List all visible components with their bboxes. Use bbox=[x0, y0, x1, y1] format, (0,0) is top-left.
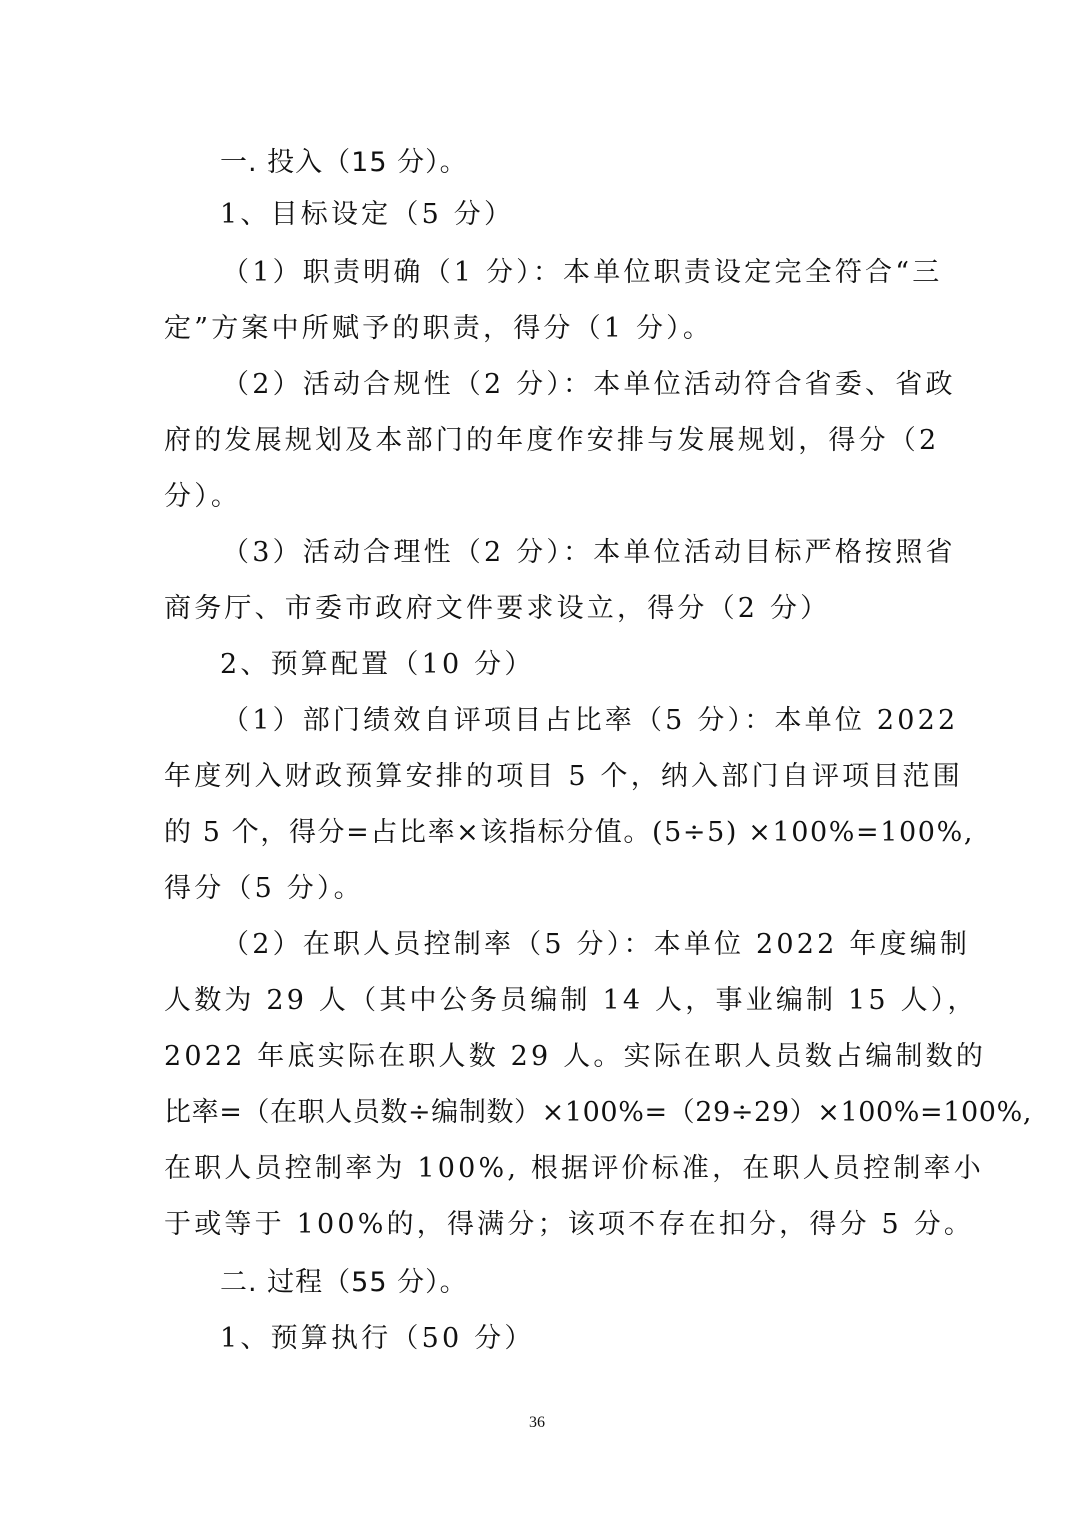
paragraph-line: 的 5 个，得分=占比率×该指标分值。(5÷5) ×100%=100%, bbox=[164, 817, 974, 849]
paragraph-line: 于或等于 100%的，得满分；该项不存在扣分，得分 5 分。 bbox=[164, 1209, 974, 1241]
section-heading-process: 二. 过程（55 分）。 bbox=[220, 1267, 468, 1299]
paragraph-line: 2022 年底实际在职人数 29 人。实际在职人员数占编制数的 bbox=[164, 1041, 986, 1073]
paragraph-line: 定”方案中所赋予的职责，得分（1 分）。 bbox=[164, 313, 713, 345]
paragraph-line: （3）活动合理性（2 分）：本单位活动目标严格按照省 bbox=[222, 537, 956, 569]
paragraph-line: 人数为 29 人（其中公务员编制 14 人，事业编制 15 人）， bbox=[164, 985, 978, 1017]
paragraph-line: （2）在职人员控制率（5 分）：本单位 2022 年度编制 bbox=[222, 929, 970, 961]
paragraph-line: 商务厅、市委市政府文件要求设立，得分（2 分） bbox=[164, 593, 830, 625]
paragraph-line: （1）部门绩效自评项目占比率（5 分）：本单位 2022 bbox=[222, 705, 958, 737]
paragraph-line: （2）活动合规性（2 分）：本单位活动符合省委、省政 bbox=[222, 369, 956, 401]
subsection-heading-budget-execution: 1、预算执行（50 分） bbox=[220, 1323, 535, 1355]
paragraph-line: （1）职责明确（1 分）：本单位职责设定完全符合“三 bbox=[222, 257, 942, 289]
subsection-heading-goal-setting: 1、目标设定（5 分） bbox=[220, 199, 514, 231]
subsection-heading-budget-allocation: 2、预算配置（10 分） bbox=[220, 649, 535, 681]
paragraph-line: 得分（5 分）。 bbox=[164, 873, 364, 905]
paragraph-line: 在职人员控制率为 100%, 根据评价标准，在职人员控制率小 bbox=[164, 1153, 984, 1185]
paragraph-line: 府的发展规划及本部门的年度作安排与发展规划，得分（2 bbox=[164, 425, 939, 457]
section-heading-input: 一. 投入（15 分）。 bbox=[220, 147, 468, 179]
page-number: 36 bbox=[0, 1414, 1074, 1432]
paragraph-line: 年度列入财政预算安排的项目 5 个，纳入部门自评项目范围 bbox=[164, 761, 963, 793]
paragraph-line: 分）。 bbox=[164, 481, 241, 513]
paragraph-line: 比率=（在职人员数÷编制数）×100%=（29÷29）×100%=100%, bbox=[164, 1097, 1032, 1129]
